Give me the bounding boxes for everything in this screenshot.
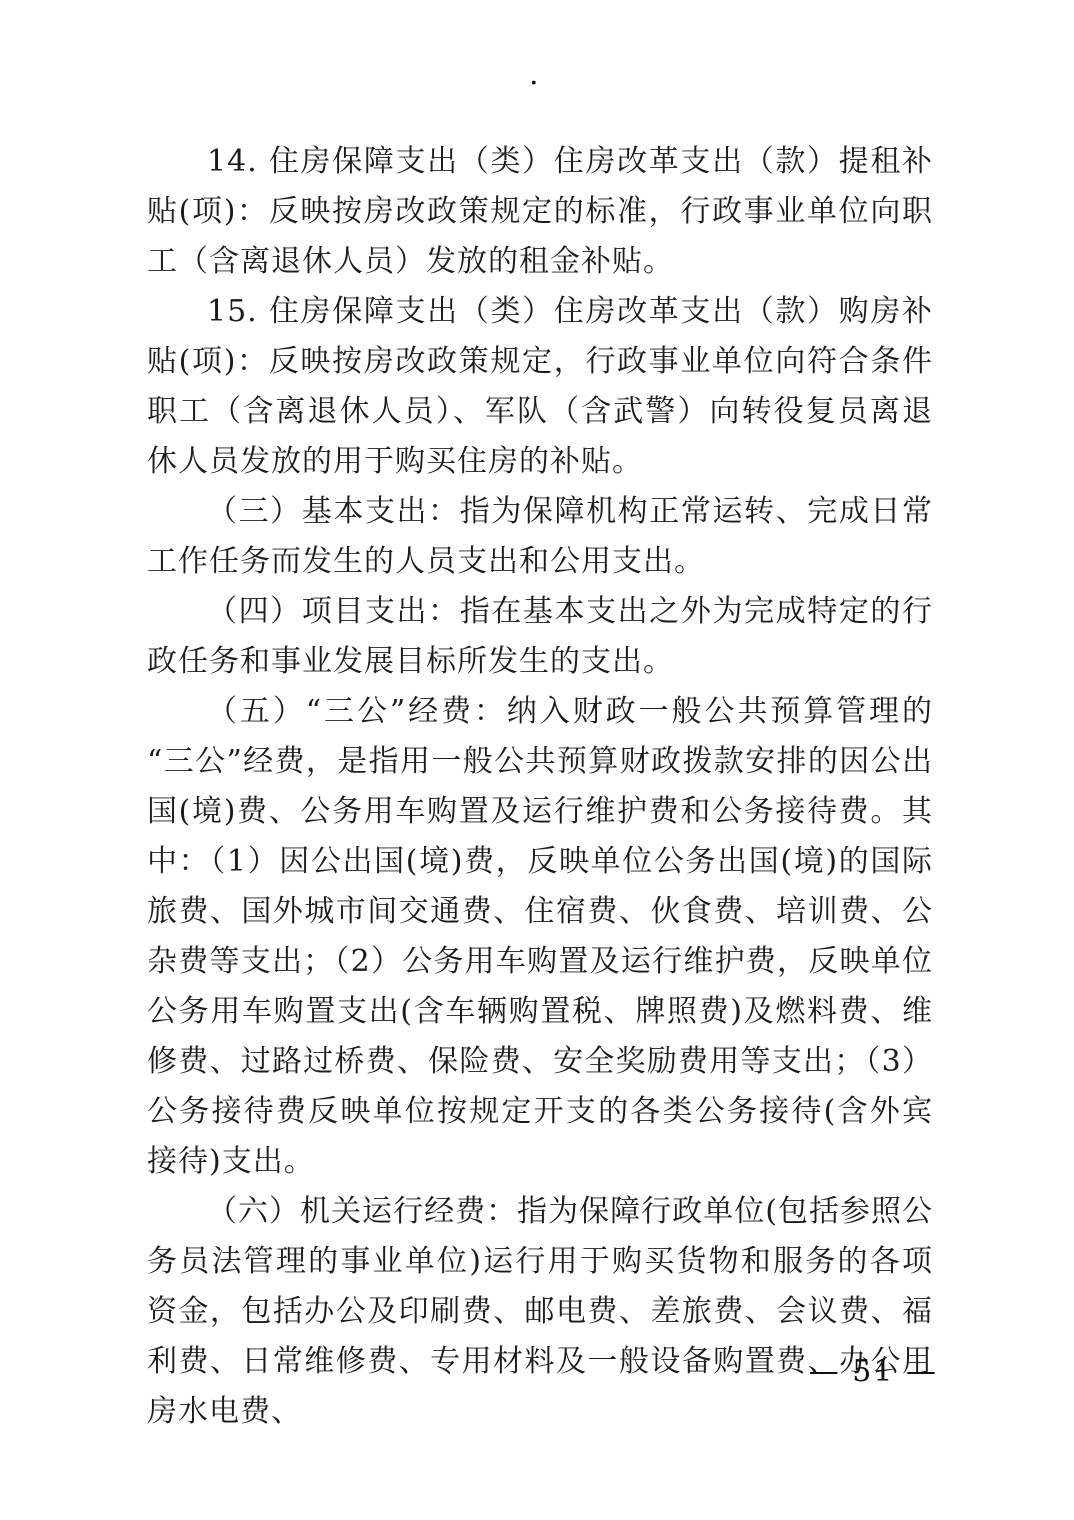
paragraph-item-14-rent-subsidy: 14. 住房保障支出（类）住房改革支出（款）提租补贴(项)：反映按房改政策规定的…	[147, 137, 933, 287]
page-footer: — 51 —	[809, 1352, 938, 1392]
page-number-label: — 51 —	[809, 1354, 938, 1389]
paragraph-basic-expenditure: （三）基本支出：指为保障机构正常运转、完成日常工作任务而发生的人员支出和公用支出…	[147, 487, 933, 587]
paragraph-project-expenditure: （四）项目支出：指在基本支出之外为完成特定的行政任务和事业发展目标所发生的支出。	[147, 587, 933, 687]
stray-dot-mark: .	[529, 60, 539, 90]
paragraph-agency-operating-funds: （六）机关运行经费：指为保障行政单位(包括参照公务员法管理的事业单位)运行用于购…	[147, 1187, 933, 1437]
document-page: . 14. 住房保障支出（类）住房改革支出（款）提租补贴(项)：反映按房改政策规…	[0, 0, 1074, 1520]
paragraph-three-public-funds: （五）“三公”经费：纳入财政一般公共预算管理的“三公”经费，是指用一般公共预算财…	[147, 687, 933, 1187]
document-body: 14. 住房保障支出（类）住房改革支出（款）提租补贴(项)：反映按房改政策规定的…	[147, 137, 933, 1437]
paragraph-item-15-housing-purchase-subsidy: 15. 住房保障支出（类）住房改革支出（款）购房补贴(项)：反映按房改政策规定，…	[147, 287, 933, 487]
